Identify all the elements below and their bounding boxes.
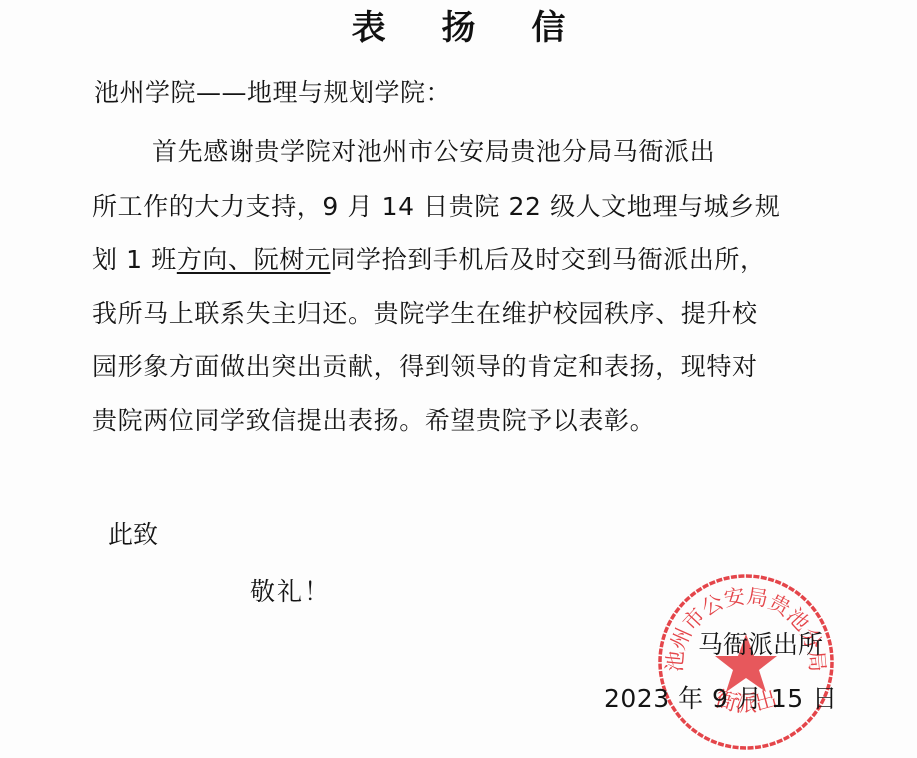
body-line-6: 贵院两位同学致信提出表扬。希望贵院予以表彰。 xyxy=(92,404,655,438)
letter-page: 表 扬 信 池州学院——地理与规划学院： 首先感谢贵学院对池州市公安局贵池分局马… xyxy=(0,0,917,758)
student-names-underlined: 方向、阮树元 xyxy=(177,245,331,274)
body-line-5: 园形象方面做出突出贡献，得到领导的肯定和表扬，现特对 xyxy=(92,350,758,384)
closing-jing-li: 敬礼！ xyxy=(250,575,331,609)
body-line-1: 首先感谢贵学院对池州市公安局贵池分局马衙派出 xyxy=(152,135,715,169)
page-title: 表 扬 信 xyxy=(0,6,917,50)
body-line-4: 我所马上联系失主归还。贵院学生在维护校园秩序、提升校 xyxy=(92,297,758,331)
body-line-3-end: 同学拾到手机后及时交到马衙派出所， xyxy=(330,245,765,274)
signer-name: 马衙派出所 xyxy=(698,628,823,662)
body-line-3-start: 划 1 班 xyxy=(92,245,177,274)
body-line-2: 所工作的大力支持，9 月 14 日贵院 22 级人文地理与城乡规 xyxy=(92,190,780,224)
closing-ci-zhi: 此致 xyxy=(108,518,158,552)
salutation: 池州学院——地理与规划学院： xyxy=(94,76,451,110)
official-seal-stamp: 池州市公安局贵池分局 马衙派出所 xyxy=(656,572,836,752)
signature-date: 2023 年 9 月 15 日 xyxy=(604,682,838,716)
body-line-3: 划 1 班方向、阮树元同学拾到手机后及时交到马衙派出所， xyxy=(92,243,766,277)
